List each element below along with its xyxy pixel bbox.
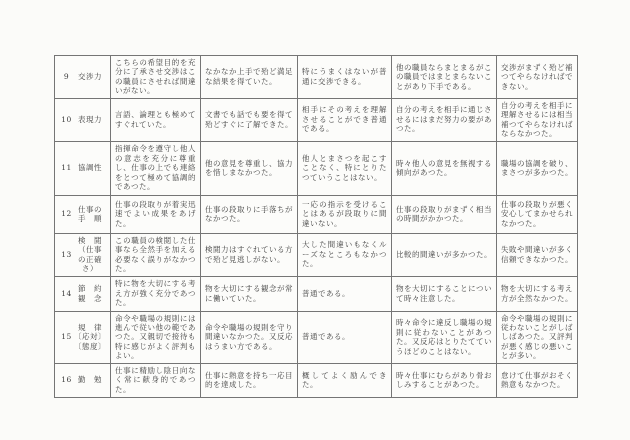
grade-2-cell: 他の意見を尊重し、協力を惜しまなかつた。 — [201, 141, 298, 195]
grade-1-cell: こちらの希望目的を充分に了承させ交渉はこの職員にさせれば間違いがない。 — [111, 56, 201, 99]
table-row: 9 交渉力 こちらの希望目的を充分に了承させ交渉はこの職員にさせれば間違いがない… — [55, 56, 578, 99]
grade-5-cell: 職場の協調を破り、まさつが多かつた。 — [497, 141, 578, 195]
category-label: 勤 勉 — [74, 375, 106, 384]
grade-3-cell: 概してよく励んできた。 — [298, 363, 392, 397]
grade-3-cell: 他人とまさつを起こすことなく、特にとりたつていうことはない。 — [298, 141, 392, 195]
grade-2-cell: 物を大切にする観念が常に働いていた。 — [201, 276, 298, 311]
row-number: 12 — [59, 209, 74, 218]
category-label: 協調性 — [74, 163, 106, 172]
row-number: 14 — [59, 289, 74, 298]
category-cell: 15 規 律 〔応対〕 〔態度〕 — [55, 311, 111, 363]
grade-4-cell: 他の職員ならまとまるがこの職員ではまとまらないことがあり下手である。 — [392, 56, 497, 99]
grade-5-cell: 命令や職場の規則に従わないことがしばしばあつた。又評判が悪く感じの悪いことが多い… — [497, 311, 578, 363]
grade-4-cell: 比較的間違いが多かつた。 — [392, 233, 497, 276]
grade-1-cell: 仕事の段取りが着実迅速でよい成果をあげた。 — [111, 195, 201, 233]
grade-3-cell: 一応の指示を受けることはあるが段取りに間違いない。 — [298, 195, 392, 233]
row-number: 9 — [59, 72, 74, 81]
grade-2-cell: 文書でも話でも要を得て殆どすぐに了解できた。 — [201, 98, 298, 141]
category-label: 交渉力 — [74, 72, 106, 81]
grade-1-cell: 特に物を大切にする考え方が強く充分であつた。 — [111, 276, 201, 311]
grade-5-cell: 仕事の段取りが悪く安心してまかせられなかつた。 — [497, 195, 578, 233]
category-label: 仕事の 手 順 — [74, 205, 106, 224]
grade-5-cell: 怠けて仕事がおそく熱意もなかつた。 — [497, 363, 578, 397]
table-row: 10 表現力 言語、論理とも極めてすぐれていた。 文書でも話でも要を得て殆どすぐ… — [55, 98, 578, 141]
category-label: 表現力 — [74, 115, 106, 124]
grade-3-cell: 特にうまくはないが普通に交渉できる。 — [298, 56, 392, 99]
category-label: 節 約 観 念 — [74, 284, 106, 303]
row-number: 16 — [59, 375, 74, 384]
table-row: 16 勤 勉 仕事に精励し陰日向なく常に献身的であつた。 仕事に熱意を持ち一応目… — [55, 363, 578, 397]
category-cell: 13 検 閲 （仕事 の正確 さ） — [55, 233, 111, 276]
grade-1-cell: 言語、論理とも極めてすぐれていた。 — [111, 98, 201, 141]
category-cell: 14 節 約 観 念 — [55, 276, 111, 311]
category-cell: 10 表現力 — [55, 98, 111, 141]
grade-4-cell: 時々仕事にむらがあり骨おしみすることがあつた。 — [392, 363, 497, 397]
grade-1-cell: 仕事に精励し陰日向なく常に献身的であつた。 — [111, 363, 201, 397]
grade-5-cell: 物を大切にする考え方が全然なかつた。 — [497, 276, 578, 311]
category-cell: 12 仕事の 手 順 — [55, 195, 111, 233]
table-row: 15 規 律 〔応対〕 〔態度〕 命令や職場の規則には進んで従い他の範であつた。… — [55, 311, 578, 363]
row-number: 15 — [59, 332, 74, 341]
grade-2-cell: 仕事の段取りに手落ちがなかつた。 — [201, 195, 298, 233]
category-label: 規 律 〔応対〕 〔態度〕 — [74, 323, 106, 351]
evaluation-table: 9 交渉力 こちらの希望目的を充分に了承させ交渉はこの職員にさせれば間違いがない… — [54, 55, 578, 398]
grade-5-cell: 交渉がまずく殆ど補つてやらなければできない。 — [497, 56, 578, 99]
category-cell: 16 勤 勉 — [55, 363, 111, 397]
category-label: 検 閲 （仕事 の正確 さ） — [74, 236, 106, 274]
grade-3-cell: 普通である。 — [298, 276, 392, 311]
row-number: 13 — [59, 250, 74, 259]
grade-4-cell: 時々他人の意見を無視する傾向があつた。 — [392, 141, 497, 195]
table-row: 13 検 閲 （仕事 の正確 さ） この職員の検閲した仕事なら全然手を加える必要… — [55, 233, 578, 276]
row-number: 10 — [59, 115, 74, 124]
grade-1-cell: 命令や職場の規則には進んで従い他の範であつた。又親切で接待も特に感じがよく評判も… — [111, 311, 201, 363]
grade-5-cell: 自分の考えを相手に理解させるには相当補つてやらなければならなかつた。 — [497, 98, 578, 141]
grade-4-cell: 物を大切にすることについて時々注意した。 — [392, 276, 497, 311]
grade-3-cell: 普通である。 — [298, 311, 392, 363]
scanned-document-page: 9 交渉力 こちらの希望目的を充分に了承させ交渉はこの職員にさせれば間違いがない… — [0, 0, 630, 440]
table-row: 11 協調性 指揮命令を遵守し他人の意志を充分に尊重し、仕事の上でも連絡をとつて… — [55, 141, 578, 195]
grade-1-cell: この職員の検閲した仕事なら全然手を加える必要なく誤りがなかつた。 — [111, 233, 201, 276]
grade-2-cell: なかなか上手で殆ど満足な結果を得ていた。 — [201, 56, 298, 99]
category-cell: 11 協調性 — [55, 141, 111, 195]
grade-1-cell: 指揮命令を遵守し他人の意志を充分に尊重し、仕事の上でも連絡をとつて極めて協調的で… — [111, 141, 201, 195]
category-cell: 9 交渉力 — [55, 56, 111, 99]
table-row: 14 節 約 観 念 特に物を大切にする考え方が強く充分であつた。 物を大切にす… — [55, 276, 578, 311]
grade-2-cell: 命令や職場の規則を守り間違いなかつた。又反応はうまい方である。 — [201, 311, 298, 363]
grade-3-cell: 相手にその考えを理解させることができ普通である。 — [298, 98, 392, 141]
grade-4-cell: 時々命令に違反し職場の規則に従わないことがあつた。又反応はとりたてていうほどのこ… — [392, 311, 497, 363]
grade-3-cell: 大した間違いもなくルーズなところもなかつた。 — [298, 233, 392, 276]
grade-2-cell: 仕事に熱意を持ち一応目的を達成した。 — [201, 363, 298, 397]
row-number: 11 — [59, 163, 74, 172]
grade-5-cell: 失敗や間違いが多く信頼できなかつた。 — [497, 233, 578, 276]
grade-2-cell: 検閲力はすぐれている方で殆ど見逃しがない。 — [201, 233, 298, 276]
grade-4-cell: 自分の考えを相手に通じさせるにはまだ努力の要があつた。 — [392, 98, 497, 141]
table-row: 12 仕事の 手 順 仕事の段取りが着実迅速でよい成果をあげた。 仕事の段取りに… — [55, 195, 578, 233]
grade-4-cell: 仕事の段取りがまずく相当の時間がかかつた。 — [392, 195, 497, 233]
